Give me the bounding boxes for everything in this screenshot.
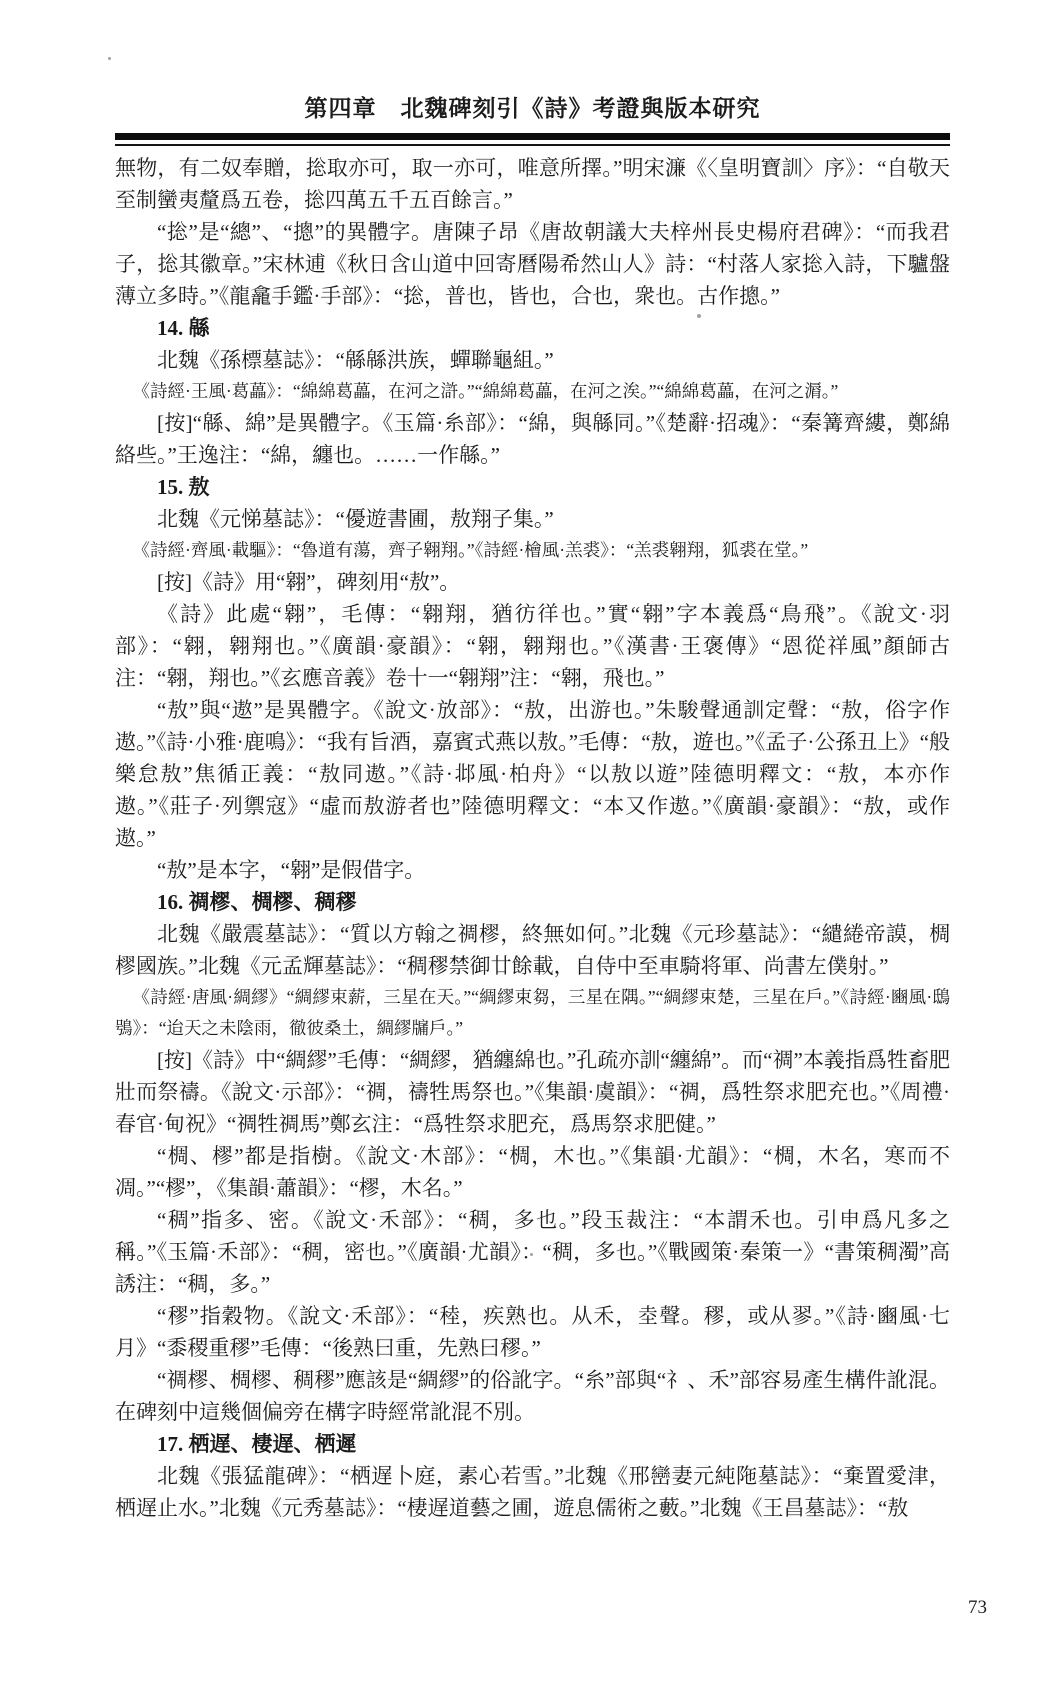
section-heading: 14. 緜 <box>115 312 950 344</box>
paragraph: 北魏《嚴震墓誌》：“質以方翰之禂樛，終無如何。”北魏《元珍墓誌》：“繾綣帝謨，椆… <box>115 918 950 982</box>
paragraph: 無物，有二奴奉贈，捴取亦可，取一亦可，唯意所擇。”明宋濂《〈皇明寶訓〉序》：“自… <box>115 152 950 216</box>
paragraph: [按]《詩》用“翱”，碑刻用“敖”。 <box>115 566 950 598</box>
paragraph: “捴”是“總”、“摠”的異體字。唐陳子昂《唐故朝議大夫梓州長史楊府君碑》：“而我… <box>115 216 950 312</box>
header-rule-thin <box>115 144 950 146</box>
page-number: 73 <box>968 1597 987 1619</box>
section-heading: 17. 栖遅、棲遅、栖遲 <box>115 1428 950 1460</box>
scan-speck <box>530 1253 533 1256</box>
paragraph: 《詩經·王風·葛藟》：“綿綿葛藟，在河之滸。”“綿綿葛藟，在河之涘。”“綿綿葛藟… <box>115 376 950 407</box>
section-heading: 16. 禂樛、椆樛、稠穋 <box>115 886 950 918</box>
chapter-title: 第四章 北魏碑刻引《詩》考證與版本研究 <box>115 90 950 123</box>
paragraph: “稠”指多、密。《說文·禾部》：“稠，多也。”段玉裁注：“本謂禾也。引申爲凡多之… <box>115 1204 950 1300</box>
paragraph: “敖”是本字，“翱”是假借字。 <box>115 854 950 886</box>
paragraph: 北魏《元悌墓誌》：“優遊書圃，敖翔子集。” <box>115 503 950 535</box>
paragraph: [按]“緜、綿”是異體字。《玉篇·糸部》：“綿，與緜同。”《楚辭·招魂》：“秦篝… <box>115 407 950 471</box>
scan-speck <box>697 314 701 318</box>
paragraph: 《詩》此處“翱”，毛傳：“翱翔，猶彷徉也。”實“翱”字本義爲“鳥飛”。《說文·羽… <box>115 598 950 694</box>
paragraph: “禂樛、椆樛、稠穋”應該是“綢繆”的俗訛字。“糸”部與“礻、禾”部容易產生構件訛… <box>115 1364 950 1428</box>
paragraph: “椆、樛”都是指樹。《說文·木部》：“椆，木也。”《集韻·尤韻》：“椆，木名，寒… <box>115 1140 950 1204</box>
paragraph: “敖”與“遨”是異體字。《說文·放部》：“敖，出游也。”朱駿聲通訓定聲：“敖，俗… <box>115 694 950 854</box>
paragraph: “穋”指穀物。《說文·禾部》：“稑，疾熟也。从禾，坴聲。穋，或从翏。”《詩·豳風… <box>115 1300 950 1364</box>
paragraph: 《詩經·齊風·載驅》：“魯道有蕩，齊子翱翔。”《詩經·檜風·羔裘》：“羔裘翱翔，… <box>115 535 950 566</box>
page-header: 第四章 北魏碑刻引《詩》考證與版本研究 <box>115 0 950 146</box>
paragraph: 《詩經·唐風·綢繆》“綢繆束薪，三星在天。”“綢繆束芻，三星在隅。”“綢繆束楚，… <box>115 982 950 1044</box>
paragraph: 北魏《張猛龍碑》：“栖遅卜庭，素心若雪。”北魏《邢巒妻元純陁墓誌》：“棄置愛津，… <box>115 1460 950 1524</box>
scan-speck <box>108 57 111 60</box>
content-area: 無物，有二奴奉贈，捴取亦可，取一亦可，唯意所擇。”明宋濂《〈皇明寶訓〉序》：“自… <box>115 152 950 1524</box>
header-rule-thick <box>115 133 950 140</box>
paragraph: [按]《詩》中“綢繆”毛傳：“綢繆，猶纏綿也。”孔疏亦訓“纏綿”。而“禂”本義指… <box>115 1044 950 1140</box>
book-page: 第四章 北魏碑刻引《詩》考證與版本研究 無物，有二奴奉贈，捴取亦可，取一亦可，唯… <box>0 0 1062 1698</box>
paragraph: 北魏《孫標墓誌》：“緜緜洪族，蟬聯龜組。” <box>115 344 950 376</box>
section-heading: 15. 敖 <box>115 471 950 503</box>
